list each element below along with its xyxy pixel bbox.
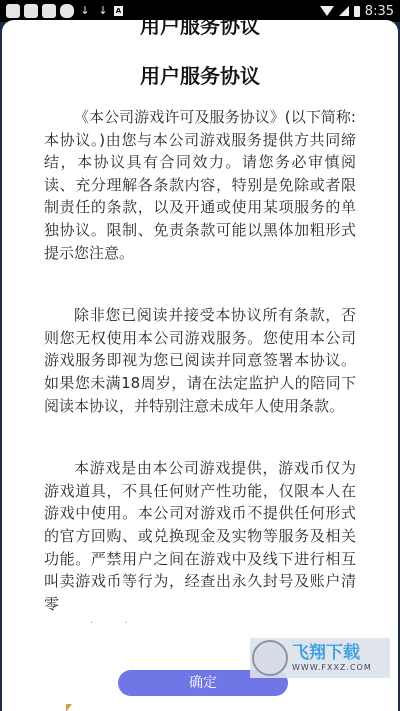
app-notification-icon: [60, 4, 74, 18]
app-notification-icon: [42, 4, 56, 18]
page-title: 用户服务协议: [2, 60, 398, 89]
agreement-body[interactable]: 《本公司游戏许可及服务协议》(以下简称:本协议。)由您与本公司游戏服务提供方共同…: [44, 106, 356, 655]
system-icons: 8:35: [320, 4, 394, 19]
keyboard-a-icon: A: [114, 6, 123, 16]
watermark-url: WWW.FXXZ.COM: [292, 663, 372, 673]
agreement-dialog: 用户服务协议 用户服务协议 《本公司游戏许可及服务协议》(以下简称:本协议。)由…: [2, 20, 398, 711]
watermark: 飞翔下载 WWW.FXXZ.COM: [250, 638, 390, 678]
signal-icon: [339, 6, 349, 16]
dialog-header-title: 用户服务协议: [2, 20, 398, 39]
wifi-icon: [320, 6, 334, 16]
agreement-paragraph: 《本公司游戏许可及服务协议》(以下简称:本协议。)由您与本公司游戏服务提供方共同…: [44, 106, 356, 264]
agreement-paragraph: 除非您已阅读并接受本协议所有条款，否则您无权使用本公司游戏服务。您使用本公司游戏…: [44, 304, 356, 417]
download-icon: ↓: [96, 4, 110, 18]
battery-icon: [354, 6, 360, 17]
app-notification-icon: [6, 4, 20, 18]
status-bar: ↓ ↓ A 8:35: [0, 0, 400, 22]
agreement-paragraph: 本游戏是由本公司游戏提供，游戏币仅为游戏道具，不具任何财产性功能，仅限本人在游戏…: [44, 457, 356, 615]
app-notification-icon: [24, 4, 38, 18]
watermark-name: 飞翔下载: [292, 643, 372, 663]
cursor-icon: [66, 704, 72, 711]
notification-icons: ↓ ↓ A: [6, 4, 123, 18]
watermark-logo-icon: [252, 640, 288, 676]
divider-dots: · ·: [90, 618, 142, 629]
clock: 8:35: [365, 4, 394, 19]
download-icon: ↓: [78, 4, 92, 18]
